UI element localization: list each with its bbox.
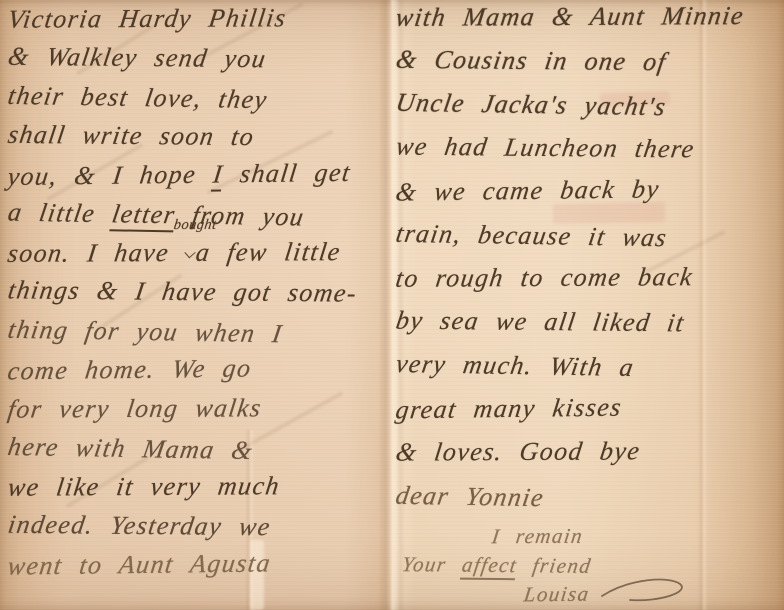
letter-words: Your bbox=[400, 552, 464, 577]
letter-words: shall write soon to bbox=[6, 120, 256, 151]
letter-text: & we came back by bbox=[394, 174, 662, 207]
letter-line: train, because it was bbox=[396, 220, 778, 264]
letter-words: friend bbox=[515, 553, 593, 578]
letter-line: with Mama & Aunt Minnie bbox=[396, 2, 778, 46]
letter-words: great many kisses bbox=[394, 392, 624, 424]
letter-line: to rough to come back bbox=[396, 263, 778, 307]
signature-flourish-icon bbox=[600, 576, 710, 606]
letter-line: come home. We go bbox=[8, 355, 384, 394]
letter-line: Victoria Hardy Phillis bbox=[8, 4, 384, 43]
letter-words: shall get bbox=[221, 158, 352, 189]
underlined-word: affect bbox=[460, 553, 519, 581]
letter-words: for very long walks bbox=[6, 393, 264, 423]
letter-line: Louisa bbox=[396, 582, 778, 610]
letter-text: great many kisses bbox=[394, 392, 624, 425]
letter-text: Your affect friend bbox=[400, 552, 593, 579]
letter-words: I remain bbox=[490, 524, 584, 548]
letter-line: we had Luncheon there bbox=[396, 133, 778, 177]
letter-words: & we came back by bbox=[394, 174, 662, 206]
letter-words: soon. I have bbox=[6, 238, 188, 268]
letter-text: & Cousins in one of bbox=[394, 44, 669, 77]
letter-text: we like it very much bbox=[6, 471, 282, 502]
letter-words: by sea we all liked it bbox=[394, 305, 687, 337]
letter-line: shall write soon to bbox=[8, 121, 384, 160]
letter-text: dear Yonnie bbox=[394, 480, 547, 512]
letter-line: Your affect friend bbox=[396, 553, 778, 582]
letter-line: very much. With a bbox=[396, 350, 778, 394]
letter-text: soon. I have boughta few little bbox=[6, 237, 343, 269]
letter-text: went to Aunt Agusta bbox=[6, 548, 273, 581]
letter-words: to rough to come back bbox=[394, 262, 695, 293]
letter-line: for very long walks bbox=[8, 394, 384, 433]
letter-text: I remain bbox=[490, 524, 585, 549]
letter-text: you, & I hope I shall get bbox=[6, 158, 353, 192]
letter-text: by sea we all liked it bbox=[394, 305, 687, 338]
letter-text: here with Mama & bbox=[6, 432, 256, 466]
letter-line: went to Aunt Agusta bbox=[8, 550, 384, 589]
letter-line: & loves. Good bye bbox=[396, 437, 778, 481]
letter-words: & loves. Good bye bbox=[394, 436, 642, 466]
letter-words: here with Mama & bbox=[6, 432, 256, 465]
letter-words: things & I have got some- bbox=[6, 275, 359, 307]
letter-text: we had Luncheon there bbox=[394, 131, 697, 164]
letter-line: soon. I have boughta few little bbox=[8, 238, 384, 277]
letter-line: & Walkley send you bbox=[8, 43, 384, 82]
letter-text: a little letter from you bbox=[6, 198, 307, 233]
letter-text: Victoria Hardy Phillis bbox=[6, 3, 289, 34]
letter-text: Uncle Jacka's yacht's bbox=[394, 88, 669, 122]
letter-text: train, because it was bbox=[394, 218, 670, 252]
letter-line: we like it very much bbox=[8, 472, 384, 511]
letter-line: I remain bbox=[396, 524, 778, 553]
letter-line: their best love, they bbox=[8, 82, 384, 121]
letter-words: indeed. Yesterday we bbox=[6, 510, 273, 542]
letter-text: come home. We go bbox=[6, 354, 254, 387]
letter-words: train, because it was bbox=[394, 218, 670, 251]
letter-text: & Walkley send you bbox=[6, 42, 269, 74]
letter-text: their best love, they bbox=[6, 81, 270, 115]
letter-text: with Mama & Aunt Minnie bbox=[394, 1, 746, 33]
letter-words: & Cousins in one of bbox=[394, 44, 669, 76]
letter-line: dear Yonnie bbox=[396, 481, 778, 525]
letter-line: here with Mama & bbox=[8, 433, 384, 472]
letter-words: Victoria Hardy Phillis bbox=[6, 3, 289, 33]
letter-line: & we came back by bbox=[396, 176, 778, 220]
letter-text: & loves. Good bye bbox=[394, 436, 643, 467]
letter-words: we had Luncheon there bbox=[394, 131, 697, 163]
letter-words: very much. With a bbox=[394, 349, 636, 382]
letter-text: things & I have got some- bbox=[6, 275, 359, 308]
letter-text: very much. With a bbox=[394, 349, 637, 383]
letter-text: to rough to come back bbox=[394, 262, 695, 294]
letter-line: great many kisses bbox=[396, 394, 778, 438]
letter-text: indeed. Yesterday we bbox=[6, 510, 273, 543]
letter-line: indeed. Yesterday we bbox=[8, 511, 384, 550]
letter-words: thing for you when I bbox=[6, 315, 285, 349]
letter-words: you, & I hope bbox=[6, 160, 215, 192]
letter-words: come home. We go bbox=[6, 354, 254, 386]
letter-line: things & I have got some- bbox=[8, 277, 384, 316]
caret-mark-icon bbox=[184, 247, 195, 258]
letter-words: a little bbox=[6, 198, 115, 229]
letter-line: thing for you when I bbox=[8, 316, 384, 355]
letter-line: you, & I hope I shall get bbox=[8, 160, 384, 199]
letter-line: Uncle Jacka's yacht's bbox=[396, 89, 778, 133]
letter-words: with Mama & Aunt Minnie bbox=[394, 1, 746, 32]
letter-words: Louisa bbox=[522, 582, 591, 607]
letter-page-left: Victoria Hardy Phillis& Walkley send you… bbox=[8, 4, 384, 589]
letter-text: Louisa bbox=[522, 582, 591, 608]
underlined-word: letter bbox=[110, 199, 178, 232]
letter-text: thing for you when I bbox=[6, 315, 285, 350]
letter-words: their best love, they bbox=[6, 81, 270, 114]
letter-words: we like it very much bbox=[6, 471, 282, 501]
inserted-word: bought bbox=[173, 217, 218, 234]
letter-text: shall write soon to bbox=[6, 120, 257, 152]
letter-words: a few little bbox=[194, 237, 343, 267]
letter-words: & Walkley send you bbox=[6, 42, 268, 73]
letter-words: went to Aunt Agusta bbox=[6, 548, 273, 580]
letter-scan: Victoria Hardy Phillis& Walkley send you… bbox=[0, 0, 784, 610]
letter-line: & Cousins in one of bbox=[396, 46, 778, 90]
letter-line: by sea we all liked it bbox=[396, 307, 778, 351]
letter-page-right: with Mama & Aunt Minnie& Cousins in one … bbox=[396, 2, 778, 610]
letter-words: dear Yonnie bbox=[394, 480, 547, 511]
letter-text: for very long walks bbox=[6, 393, 264, 424]
letter-words: Uncle Jacka's yacht's bbox=[394, 88, 669, 121]
